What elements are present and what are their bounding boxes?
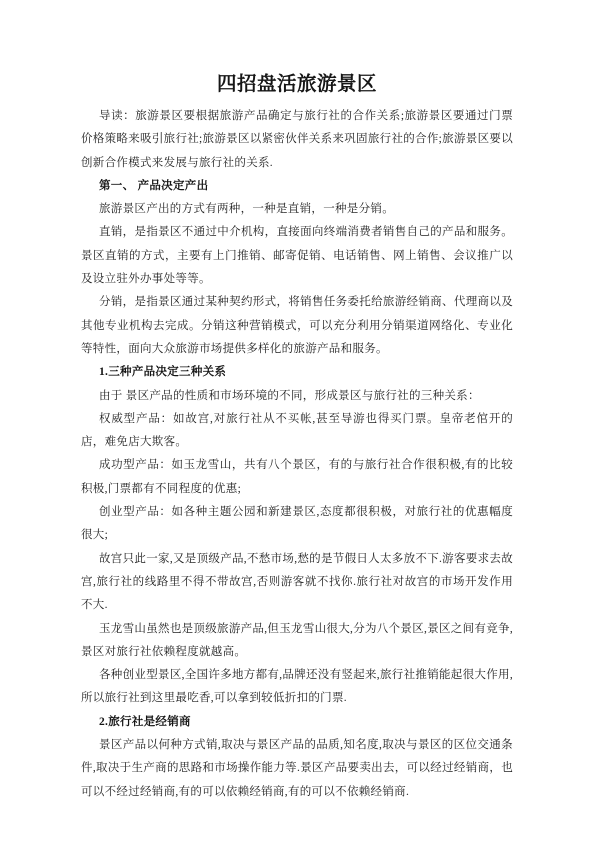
doc-title: 四招盘活旅游景区 <box>81 71 513 99</box>
paragraph: 景区产品以何种方式销,取决与景区产品的品质,知名度,取决与景区的区位交通条件,取… <box>81 734 513 804</box>
document-body: 导读：旅游景区要根据旅游产品确定与旅行社的合作关系;旅游景区要通过门票价格策略来… <box>81 105 513 804</box>
subheading-1: 1.三种产品决定三种关系 <box>81 361 513 384</box>
subheading-2: 2.旅行社是经销商 <box>81 711 513 734</box>
paragraph: 故宫只此一家,又是顶级产品,不愁市场,愁的是节假日人太多放不下.游客要求去故宫,… <box>81 548 513 618</box>
paragraph: 旅游景区产出的方式有两种，一种是直销，一种是分销。 <box>81 198 513 221</box>
intro-paragraph: 导读：旅游景区要根据旅游产品确定与旅行社的合作关系;旅游景区要通过门票价格策略来… <box>81 105 513 175</box>
paragraph: 玉龙雪山虽然也是顶级旅游产品,但玉龙雪山很大,分为八个景区,景区之间有竞争,景区… <box>81 618 513 665</box>
paragraph: 创业型产品：如各种主题公园和新建景区,态度都很积极，对旅行社的优惠幅度很大; <box>81 501 513 548</box>
paragraph: 分销，是指景区通过某种契约形式，将销售任务委托给旅游经销商、代理商以及其他专业机… <box>81 291 513 361</box>
paragraph: 权威型产品：如故宫,对旅行社从不买帐,甚至导游也得买门票。皇帝老倌开的店，难免店… <box>81 408 513 455</box>
paragraph: 各种创业型景区,全国许多地方都有,品牌还没有竖起来,旅行社推销能起很大作用,所以… <box>81 664 513 711</box>
document-page: 四招盘活旅游景区 导读：旅游景区要根据旅游产品确定与旅行社的合作关系;旅游景区要… <box>0 0 595 842</box>
paragraph: 直销，是指景区不通过中介机构，直接面向终端消费者销售自己的产品和服务。景区直销的… <box>81 221 513 291</box>
paragraph: 成功型产品：如玉龙雪山，共有八个景区，有的与旅行社合作很积极,有的比较积极,门票… <box>81 454 513 501</box>
section-heading-first: 第一、 产品决定产出 <box>81 175 513 198</box>
paragraph: 由于 景区产品的性质和市场环境的不同，形成景区与旅行社的三种关系： <box>81 385 513 408</box>
